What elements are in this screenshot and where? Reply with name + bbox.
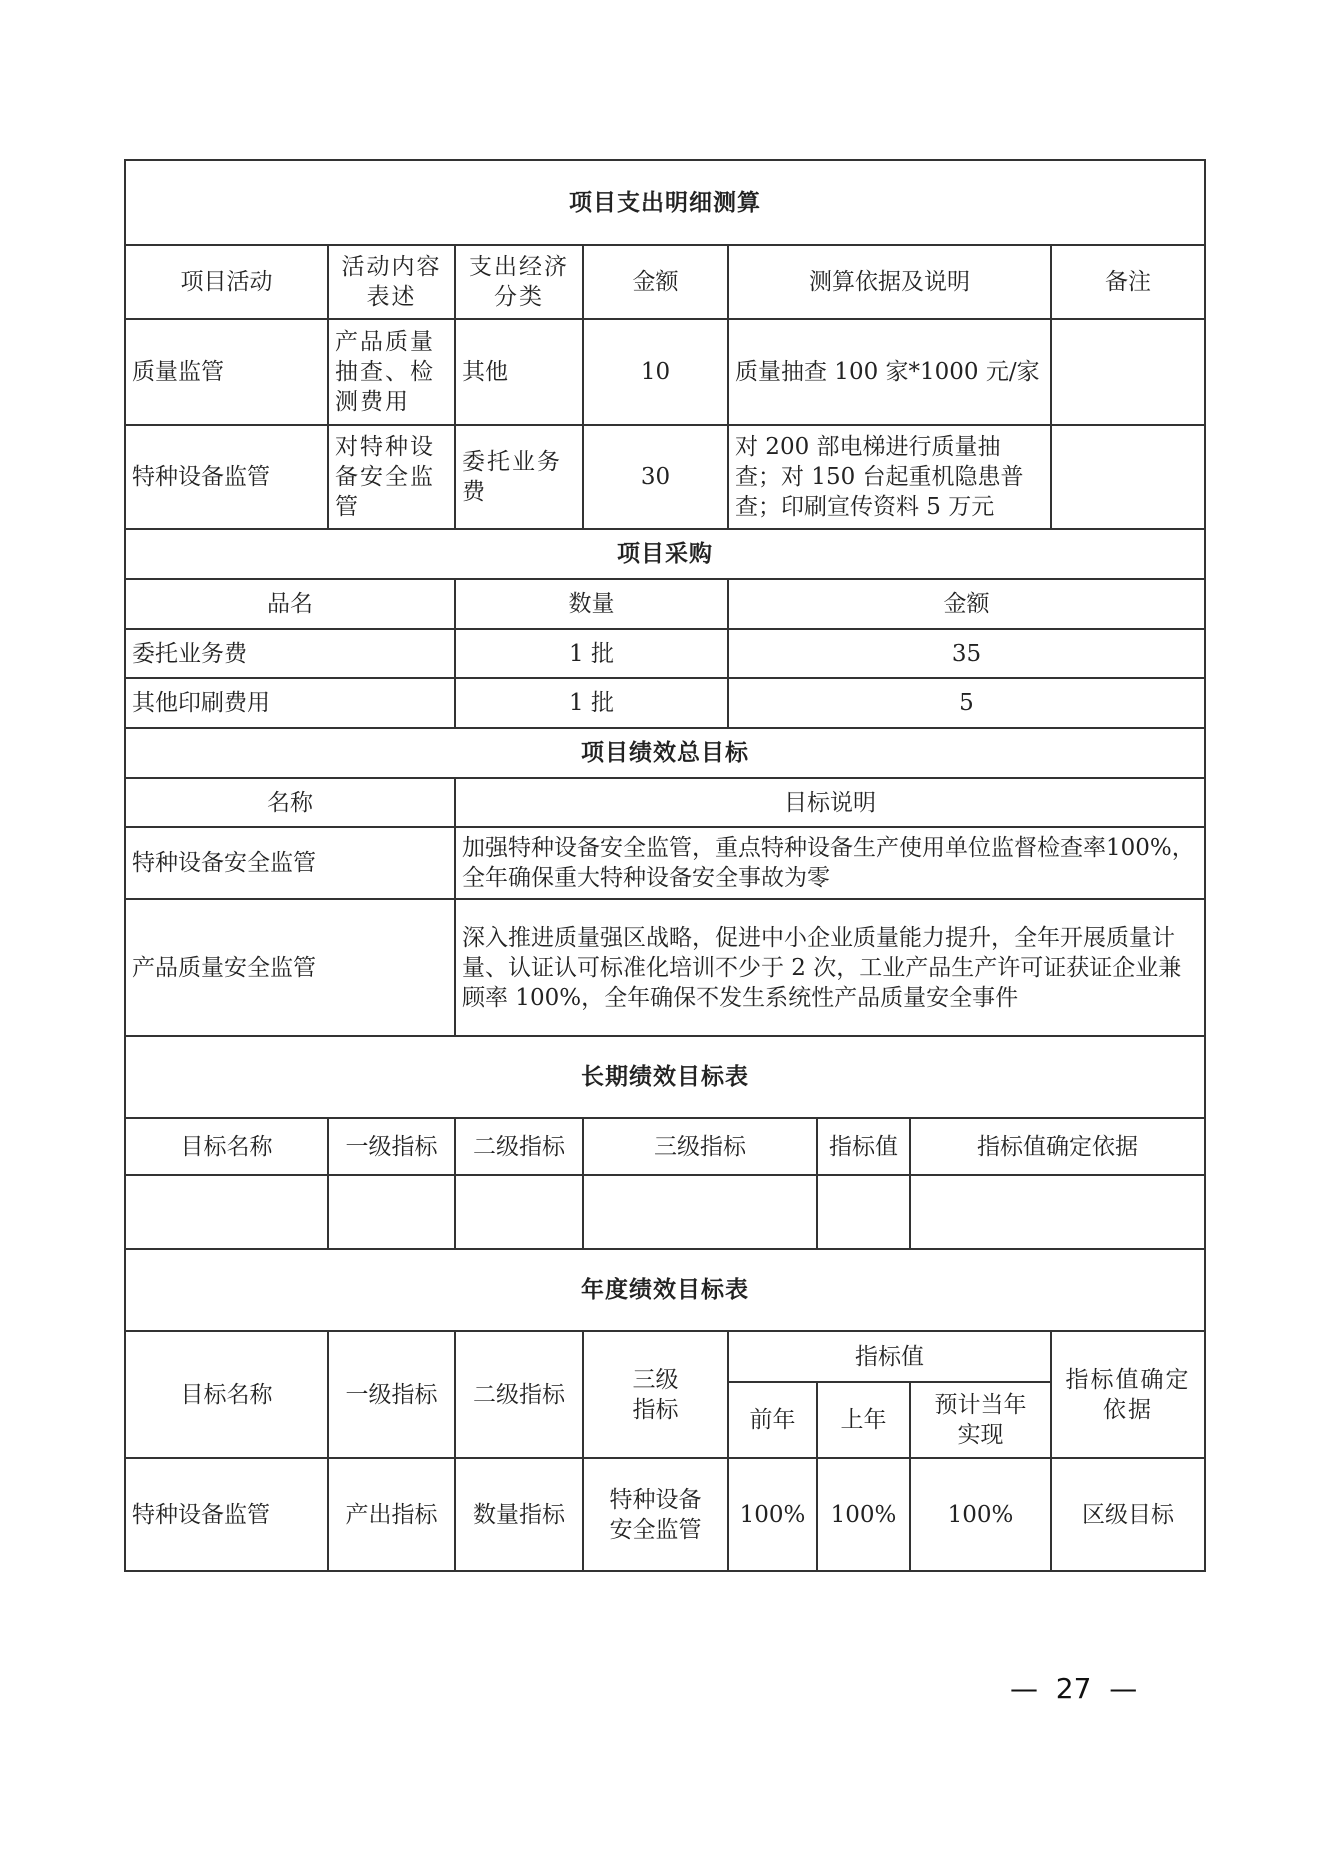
section-title-annual-goals: 年度绩效目标表 (125, 1249, 1205, 1331)
cell-quantity: 1 批 (455, 629, 728, 678)
cell-remark (1051, 425, 1205, 529)
header-remark: 备注 (1051, 245, 1205, 319)
cell-this-year: 100% (910, 1458, 1051, 1571)
cell-amount: 30 (583, 425, 728, 529)
cell-goal-description: 加强特种设备安全监管，重点特种设备生产使用单位监督检查率100%，全年确保重大特… (455, 827, 1205, 899)
header-level3: 三级指标 (583, 1331, 728, 1458)
cell-level3: 特种设备安全监管 (583, 1458, 728, 1571)
header-amount: 金额 (728, 579, 1205, 629)
header-last-year: 上年 (817, 1382, 910, 1458)
header-goal-name: 名称 (125, 778, 455, 827)
cell-basis: 对 200 部电梯进行质量抽查；对 150 台起重机隐患普查；印刷宣传资料 5 … (728, 425, 1051, 529)
budget-table: 项目支出明细测算 项目活动 活动内容表述 支出经济分类 金额 测算依据及说明 备… (124, 159, 1206, 1572)
header-level1: 一级指标 (328, 1118, 455, 1175)
header-goal: 目标名称 (125, 1331, 328, 1458)
cell-amount: 35 (728, 629, 1205, 678)
cell-level3 (583, 1175, 817, 1249)
header-value-group: 指标值 (728, 1331, 1051, 1382)
cell-last-year: 100% (817, 1458, 910, 1571)
cell-content: 对特种设备安全监管 (328, 425, 455, 529)
header-quantity: 数量 (455, 579, 728, 629)
cell-content: 产品质量抽查、检测费用 (328, 319, 455, 425)
cell-goal-name: 特种设备安全监管 (125, 827, 455, 899)
table-row (125, 1175, 1205, 1249)
page-number: — 27 — (1010, 1672, 1137, 1705)
table-row: 委托业务费 1 批 35 (125, 629, 1205, 678)
cell-level2 (455, 1175, 583, 1249)
header-goal: 目标名称 (125, 1118, 328, 1175)
cell-goal: 特种设备监管 (125, 1458, 328, 1571)
header-level3: 三级指标 (583, 1118, 817, 1175)
header-content: 活动内容表述 (328, 245, 455, 319)
cell-remark (1051, 319, 1205, 425)
header-basis: 指标值确定依据 (1051, 1331, 1205, 1458)
header-level2: 二级指标 (455, 1118, 583, 1175)
header-value: 指标值 (817, 1118, 910, 1175)
cell-basis: 区级目标 (1051, 1458, 1205, 1571)
cell-goal-name: 产品质量安全监管 (125, 899, 455, 1036)
cell-goal (125, 1175, 328, 1249)
cell-activity: 质量监管 (125, 319, 328, 425)
table-row: 其他印刷费用 1 批 5 (125, 678, 1205, 728)
cell-basis: 质量抽查 100 家*1000 元/家 (728, 319, 1051, 425)
section-title-expense-detail: 项目支出明细测算 (125, 160, 1205, 245)
cell-activity: 特种设备监管 (125, 425, 328, 529)
cell-prev-year: 100% (728, 1458, 817, 1571)
header-basis: 指标值确定依据 (910, 1118, 1205, 1175)
table-row: 质量监管 产品质量抽查、检测费用 其他 10 质量抽查 100 家*1000 元… (125, 319, 1205, 425)
cell-basis (910, 1175, 1205, 1249)
header-level2: 二级指标 (455, 1331, 583, 1458)
header-goal-description: 目标说明 (455, 778, 1205, 827)
cell-level1: 产出指标 (328, 1458, 455, 1571)
header-amount: 金额 (583, 245, 728, 319)
cell-amount: 10 (583, 319, 728, 425)
table-row: 产品质量安全监管 深入推进质量强区战略，促进中小企业质量能力提升，全年开展质量计… (125, 899, 1205, 1036)
cell-level1 (328, 1175, 455, 1249)
header-item-name: 品名 (125, 579, 455, 629)
cell-category: 委托业务费 (455, 425, 583, 529)
header-prev-year: 前年 (728, 1382, 817, 1458)
section-title-overall-goals: 项目绩效总目标 (125, 728, 1205, 778)
table-row: 特种设备监管 对特种设备安全监管 委托业务费 30 对 200 部电梯进行质量抽… (125, 425, 1205, 529)
cell-item-name: 委托业务费 (125, 629, 455, 678)
header-activity: 项目活动 (125, 245, 328, 319)
section-title-procurement: 项目采购 (125, 529, 1205, 579)
table-row: 特种设备安全监管 加强特种设备安全监管，重点特种设备生产使用单位监督检查率100… (125, 827, 1205, 899)
header-level1: 一级指标 (328, 1331, 455, 1458)
cell-item-name: 其他印刷费用 (125, 678, 455, 728)
cell-amount: 5 (728, 678, 1205, 728)
cell-category: 其他 (455, 319, 583, 425)
table-row: 特种设备监管 产出指标 数量指标 特种设备安全监管 100% 100% 100%… (125, 1458, 1205, 1571)
cell-quantity: 1 批 (455, 678, 728, 728)
cell-level2: 数量指标 (455, 1458, 583, 1571)
section-title-long-term-goals: 长期绩效目标表 (125, 1036, 1205, 1118)
cell-goal-description: 深入推进质量强区战略，促进中小企业质量能力提升，全年开展质量计量、认证认可标准化… (455, 899, 1205, 1036)
header-category: 支出经济分类 (455, 245, 583, 319)
cell-value (817, 1175, 910, 1249)
header-this-year: 预计当年实现 (910, 1382, 1051, 1458)
header-basis: 测算依据及说明 (728, 245, 1051, 319)
